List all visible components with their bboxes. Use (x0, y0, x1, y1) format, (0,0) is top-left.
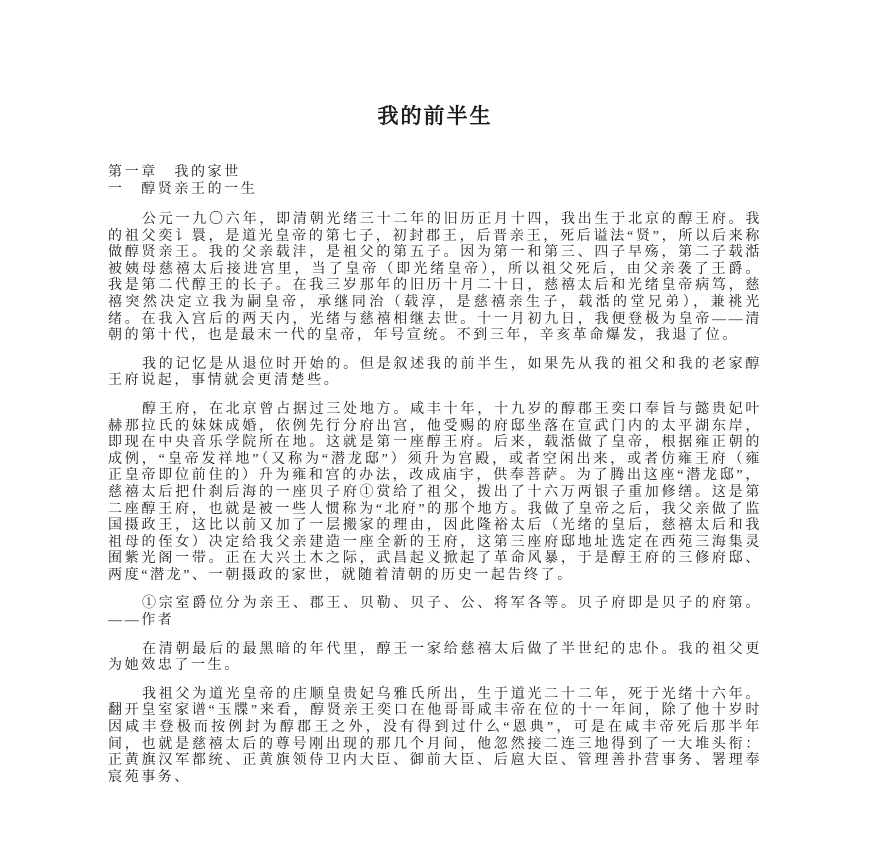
document-page: 我的前半生 第一章 我的家世 一 醇贤亲王的一生 公元一九〇六年，即清朝光绪三十… (0, 0, 870, 842)
footnote-noble-ranks: ①宗室爵位分为亲王、郡王、贝勒、贝子、公、将军各等。贝子府即是贝子的府第。——作… (108, 596, 762, 629)
section-heading: 一 醇贤亲王的一生 (108, 181, 762, 198)
paragraph-grandfather-titles: 我祖父为道光皇帝的庄顺皇贵妃乌雅氏所出，生于道光二十二年，死于光绪十六年。翻开皇… (108, 687, 762, 787)
document-title: 我的前半生 (0, 0, 870, 128)
heading-block: 第一章 我的家世 一 醇贤亲王的一生 (108, 164, 762, 198)
chapter-heading: 第一章 我的家世 (108, 164, 762, 181)
paragraph-memory-begins: 我的记忆是从退位时开始的。但是叙述我的前半生，如果先从我的祖父和我的老家醇王府说… (108, 357, 762, 390)
paragraph-three-mansions: 醇王府，在北京曾占据过三处地方。咸丰十年，十九岁的醇郡王奕口奉旨与懿贵妃叶赫那拉… (108, 402, 762, 585)
document-body: 第一章 我的家世 一 醇贤亲王的一生 公元一九〇六年，即清朝光绪三十二年的旧历正… (108, 164, 762, 786)
paragraph-birth-and-reign: 公元一九〇六年，即清朝光绪三十二年的旧历正月十四，我出生于北京的醇王府。我的祖父… (108, 212, 762, 345)
paragraph-loyal-servants: 在清朝最后的最黑暗的年代里，醇王一家给慈禧太后做了半世纪的忠仆。我的祖父更为她效… (108, 642, 762, 675)
